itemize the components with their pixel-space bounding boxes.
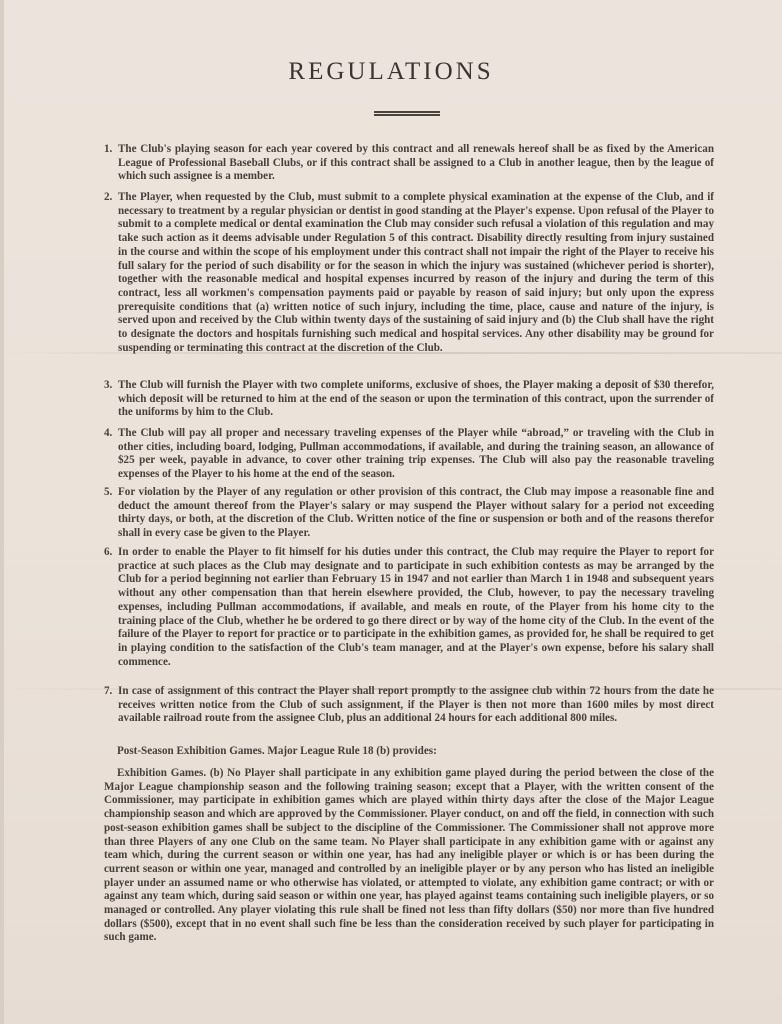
regulation-number: 6. <box>104 546 112 560</box>
regulation-6: 6. In order to enable the Player to fit … <box>104 546 714 669</box>
regulation-1: 1. The Club's playing season for each ye… <box>104 143 714 184</box>
regulation-4: 4. The Club will pay all proper and nece… <box>104 427 714 482</box>
exhibition-games-rule: Exhibition Games. (b) No Player shall pa… <box>104 767 714 945</box>
page-edge <box>0 0 4 1024</box>
regulation-5: 5. For violation by the Player of any re… <box>104 486 714 541</box>
title-double-rule <box>374 111 440 116</box>
regulation-text: In case of assignment of this contract t… <box>118 685 714 726</box>
regulation-text: The Club's playing season for each year … <box>118 143 714 184</box>
document-page: REGULATIONS 1. The Club's playing season… <box>0 0 782 1024</box>
regulation-3: 3. The Club will furnish the Player with… <box>104 379 714 420</box>
regulation-number: 4. <box>104 427 112 441</box>
regulation-2: 2. The Player, when requested by the Clu… <box>104 191 714 355</box>
regulation-number: 5. <box>104 486 112 500</box>
regulation-number: 1. <box>104 143 112 157</box>
post-season-heading: Post-Season Exhibition Games. Major Leag… <box>117 745 714 759</box>
regulation-text: The Club will furnish the Player with tw… <box>118 379 714 420</box>
regulation-number: 2. <box>104 191 112 205</box>
regulation-number: 7. <box>104 685 112 699</box>
regulation-7: 7. In case of assignment of this contrac… <box>104 685 714 726</box>
regulation-text: In order to enable the Player to fit him… <box>118 546 714 669</box>
page-title: REGULATIONS <box>0 58 782 86</box>
post-season-heading-text: Post-Season Exhibition Games. Major Leag… <box>117 745 437 757</box>
exhibition-games-rule-text: Exhibition Games. (b) No Player shall pa… <box>104 767 714 943</box>
regulation-number: 3. <box>104 379 112 393</box>
regulation-text: For violation by the Player of any regul… <box>118 486 714 541</box>
regulation-text: The Player, when requested by the Club, … <box>118 191 714 355</box>
regulation-text: The Club will pay all proper and necessa… <box>118 427 714 482</box>
